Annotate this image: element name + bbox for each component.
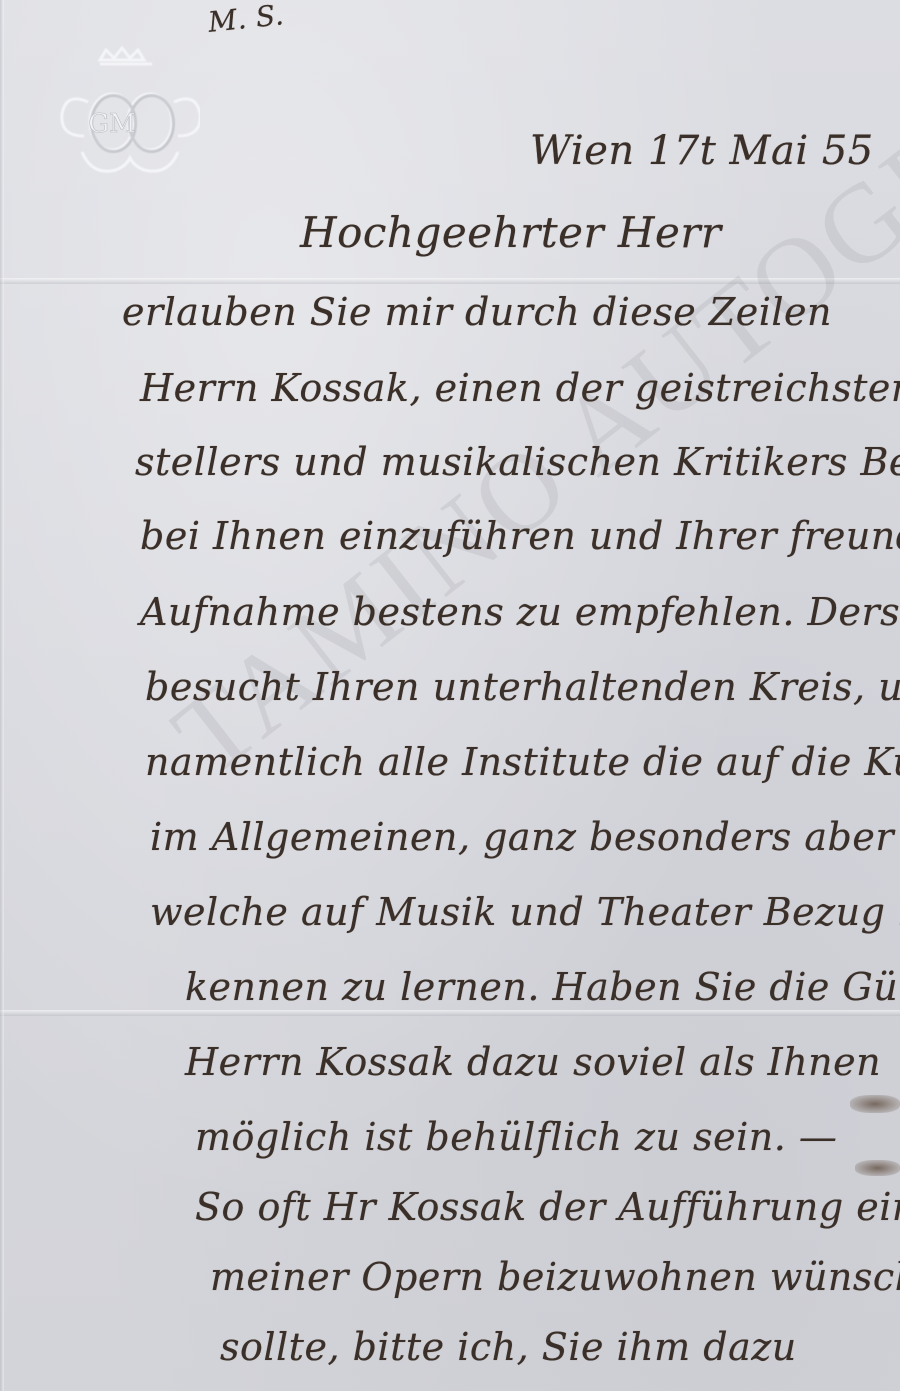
letter-line: sollte, bitte ich, Sie ihm dazu: [220, 1325, 797, 1369]
paper-fold-line: [0, 1010, 900, 1016]
letter-line: namentlich alle Institute die auf die Kü…: [145, 740, 900, 784]
letter-line: möglich ist behülflich zu sein. —: [195, 1115, 837, 1159]
letter-salutation: Hochgeehrter Herr: [300, 208, 722, 257]
letter-line: im Allgemeinen, ganz besonders aber die: [150, 815, 900, 859]
ink-smudge: [850, 1095, 900, 1113]
letter-line: welche auf Musik und Theater Bezug haben…: [150, 890, 900, 934]
letter-line: Herrn Kossak, einen der geistreichsten S…: [140, 366, 900, 410]
letter-line: Herrn Kossak dazu soviel als Ihnen: [185, 1040, 881, 1084]
ink-smudge: [855, 1160, 900, 1176]
letter-line: erlauben Sie mir durch diese Zeilen: [122, 290, 832, 334]
letter-line: besucht Ihren unterhaltenden Kreis, und …: [145, 665, 900, 709]
letter-line: Aufnahme bestens zu empfehlen. Derselbe: [140, 590, 900, 634]
svg-text:GM: GM: [88, 109, 135, 139]
letter-line: kennen zu lernen. Haben Sie die Güte: [185, 965, 900, 1009]
top-note: M. S.: [206, 0, 285, 39]
paper-fold-line: [0, 278, 900, 284]
letter-line: stellers und musikalischen Kritikers Ber…: [135, 440, 900, 484]
letter-line: bei Ihnen einzuführen und Ihrer freundli…: [140, 514, 900, 558]
paper-edge: [0, 0, 4, 1391]
letter-line: So oft Hr Kossak der Aufführung einer: [195, 1185, 900, 1229]
letter-line: meiner Opern beizuwohnen wünschen: [210, 1255, 900, 1299]
letter-dateline: Wien 17t Mai 55: [530, 128, 874, 174]
embossed-monogram-crest-icon: GM: [52, 40, 200, 180]
letter-page: GM TAMINO AUTOGRAPHS M. S. Wien 17t Mai …: [0, 0, 900, 1391]
